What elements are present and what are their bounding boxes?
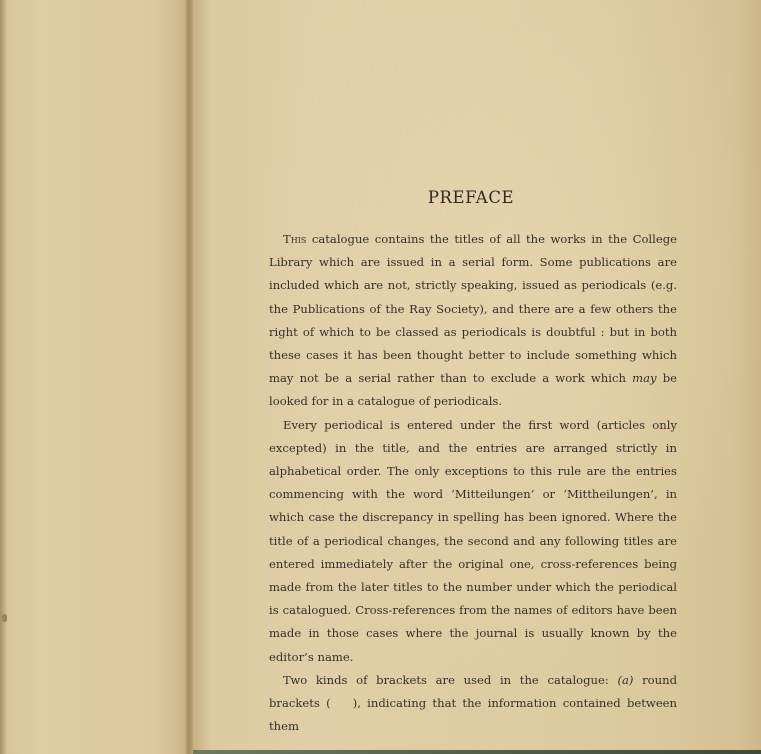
preface-body: This catalogue contains the titles of al…	[269, 228, 677, 738]
paragraph-1-text: catalogue contains the titles of all the…	[269, 232, 677, 385]
paragraph-1: This catalogue contains the titles of al…	[269, 228, 677, 414]
book-spread: PREFACE This catalogue contains the titl…	[0, 0, 761, 754]
paragraph-3: Two kinds of brackets are used in the ca…	[269, 669, 677, 739]
page-title: PREFACE	[260, 188, 682, 207]
paper-stain	[2, 614, 7, 622]
emphasis-may: may	[632, 371, 656, 385]
paragraph-3-start: Two kinds of brackets are used in the ca…	[283, 673, 617, 687]
paragraph-2: Every periodical is entered under the fi…	[269, 414, 677, 669]
lead-word: This	[283, 232, 306, 246]
page-edge-shadow	[0, 0, 6, 754]
left-page-blank	[0, 0, 188, 754]
page-bottom-edge	[193, 750, 761, 754]
list-label-a: (a)	[617, 673, 633, 687]
